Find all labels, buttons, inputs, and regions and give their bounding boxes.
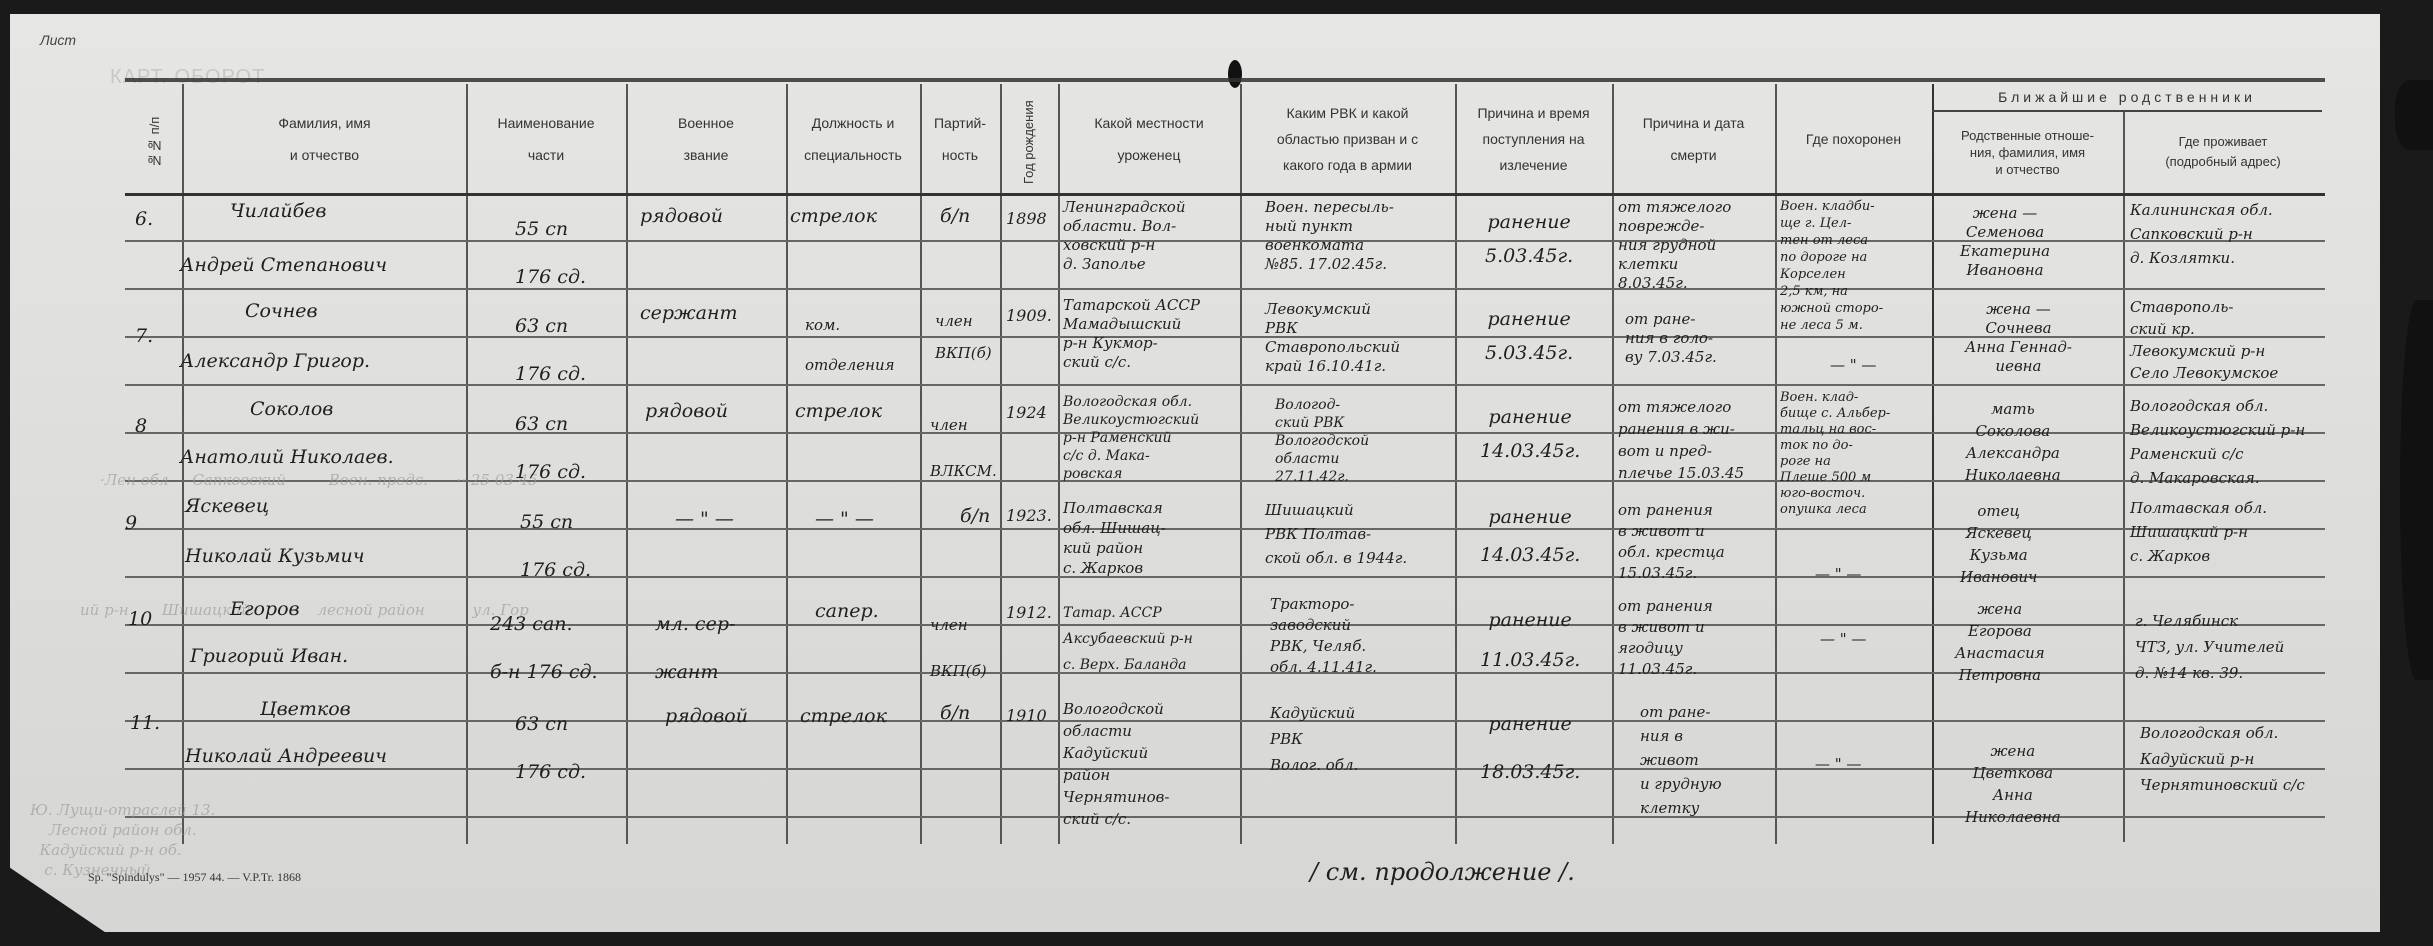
row-7-death: от ране- ния в голо- ву 7.03.45г. [1625, 310, 1717, 367]
row-9-unit: 55 сп 176 сд. [520, 498, 591, 594]
row-7-num: 7. [135, 325, 153, 347]
row-8-admission: ранение 14.03.45г. [1480, 400, 1580, 468]
row-10-relative: жена Егорова Анастасия Петровна [1955, 598, 2045, 686]
row-8-relative: мать Соколова Александра Николаевна [1965, 398, 2061, 486]
row-7-birthplace: Татарской АССР Мамадышский р-н Кукмор- с… [1063, 296, 1200, 372]
row-6-birthplace: Ленинградской области. Вол- ховский р-н … [1063, 198, 1186, 274]
row-6-death: от тяжелого поврежде- ния грудной клетки… [1618, 198, 1731, 293]
ink-blot [2395, 80, 2433, 150]
row-9-buried: — " — [1815, 565, 1861, 584]
header-birth-year: Год рождения [1004, 95, 1054, 190]
row-9-surname: Яскевец [185, 495, 269, 517]
row-9-address: Полтавская обл. Шишацкий р-н с. Жарков [2130, 496, 2267, 568]
row-7-surname: Сочнев [245, 300, 318, 322]
table-top-rule [125, 78, 2325, 82]
row-7-given: Александр Григор. [180, 350, 370, 372]
row-10-position: сапер. [815, 600, 879, 622]
row-7-birth-year: 1909. [1006, 305, 1052, 327]
header-bottom-rule [125, 193, 2325, 196]
header-group-relatives: Ближайшие родственники [1932, 84, 2322, 110]
corner-mark: Лист [40, 32, 76, 48]
header-name: Фамилия, имя и отчество [183, 86, 466, 192]
row-8-surname: Соколов [250, 398, 333, 420]
row-6-admission: ранение 5.03.45г. [1485, 205, 1573, 273]
row-10-birth-year: 1912. [1006, 602, 1052, 624]
row-8-position: стрелок [795, 400, 882, 422]
row-6-rank: рядовой [640, 205, 723, 227]
row-7-admission: ранение 5.03.45г. [1485, 302, 1573, 370]
col-divider [1058, 84, 1060, 844]
col-divider [466, 84, 468, 844]
row-8-birth-year: 1924 [1006, 402, 1047, 424]
row-7-rank: сержант [640, 302, 738, 324]
row-6-address: Калининская обл. Сапковский р-н д. Козля… [2130, 198, 2273, 270]
row-7-drafted: Левокумский РВК Ставропольский край 16.1… [1265, 300, 1400, 376]
row-9-birthplace: Полтавская обл. Шишац- кий район с. Жарк… [1063, 498, 1166, 578]
row-9-rank: — " — [675, 508, 734, 530]
row-7-relative: жена — Сочнева Анна Геннад- иевна [1965, 300, 2072, 376]
col-divider [2123, 112, 2125, 842]
row-11-buried: — " — [1815, 755, 1861, 774]
row-11-given: Николай Андреевич [185, 745, 387, 767]
row-9-death: от ранения в живот и обл. крестца 15.03.… [1618, 500, 1725, 584]
row-11-birthplace: Вологодской области Кадуйский район Черн… [1063, 698, 1169, 830]
row-6-drafted: Воен. пересыль- ный пункт военкомата №85… [1265, 198, 1394, 274]
header-party: Партий- ность [920, 86, 1000, 192]
bleed-through-text: ·Лен обл Сапковский Воен. предс. ·· 25 0… [100, 470, 538, 490]
header-num: №№ п/п [130, 95, 180, 190]
row-6-surname: Чилайбев [230, 200, 326, 222]
printer-imprint: Sp. "Spindulys" — 1957 44. — V.P.Tr. 186… [88, 870, 301, 885]
row-6-position: стрелок [790, 205, 877, 227]
row-line [125, 384, 2325, 386]
row-10-surname: Егоров [230, 598, 300, 620]
row-6-birth-year: 1898 [1006, 208, 1047, 230]
row-10-address: г. Челябинск ЧТЗ, ул. Учителей д. №14 кв… [2135, 608, 2284, 686]
row-7-position: ком. отделения [805, 305, 895, 385]
header-buried: Где похоронен [1775, 86, 1932, 192]
row-9-num: 9 [125, 512, 137, 534]
row-8-drafted: Вологод- ский РВК Вологодской области 27… [1275, 396, 1369, 486]
row-8-unit: 63 сп 176 сд. [515, 400, 586, 496]
row-8-given: Анатолий Николаев. [180, 446, 394, 468]
row-7-party: член ВКП(б) [935, 305, 992, 369]
row-6-unit: 55 сп 176 сд. [515, 205, 586, 301]
row-7-address: Ставрополь- ский кр. Левокумский р-н Сел… [2130, 296, 2278, 384]
row-11-position: стрелок [800, 705, 887, 727]
row-6-given: Андрей Степанович [180, 254, 387, 276]
row-10-drafted: Тракторо- заводский РВК, Челяб. обл. 4.1… [1270, 594, 1377, 678]
row-6-relative: жена — Семенова Екатерина Ивановна [1960, 204, 2050, 280]
row-8-party: член ВЛКСМ. [930, 402, 997, 494]
row-10-admission: ранение 11.03.45г. [1480, 600, 1580, 680]
header-drafted: Каким РВК и какой областью призван и с к… [1240, 86, 1455, 192]
row-8-rank: рядовой [645, 400, 728, 422]
row-9-drafted: Шишацкий РВК Полтав- ской обл. в 1944г. [1265, 498, 1407, 570]
row-8-address: Вологодская обл. Великоустюгский р-н Рам… [2130, 394, 2305, 490]
row-9-admission: ранение 14.03.45г. [1480, 498, 1580, 574]
row-10-rank: мл. сер- жант [655, 600, 735, 696]
header-rank: Военное звание [626, 86, 786, 192]
row-9-party: б/п [960, 505, 990, 527]
col-divider [786, 84, 788, 844]
row-10-birthplace: Татар. АССР Аксубаевский р-н с. Верх. Ба… [1063, 600, 1193, 678]
row-line [125, 720, 2325, 722]
row-11-rank: рядовой [665, 705, 748, 727]
row-10-buried: — " — [1820, 630, 1866, 649]
col-divider [920, 84, 922, 844]
row-9-position: — " — [815, 508, 874, 530]
row-7-buried: — " — [1830, 356, 1876, 375]
header-position: Должность и специальность [786, 86, 920, 192]
row-8-num: 8 [135, 415, 147, 437]
row-6-num: 6. [135, 208, 153, 230]
row-11-unit: 63 сп 176 сд. [515, 700, 586, 796]
row-8-death: от тяжелого ранения в жи- вот и пред- пл… [1618, 396, 1744, 484]
row-11-address: Вологодская обл. Кадуйский р-н Чернятино… [2140, 720, 2305, 798]
header-admission: Причина и время поступления на излечение [1455, 86, 1612, 192]
header-relative: Родственные отноше- ния, фамилия, имя и … [1932, 112, 2123, 192]
row-11-surname: Цветков [260, 698, 351, 720]
row-6-buried: Воен. кладби- ще г. Цел- тен от леса по … [1780, 198, 1883, 334]
row-line [125, 288, 2325, 290]
row-10-num: 10 [128, 608, 152, 630]
row-11-num: 11. [130, 712, 160, 734]
row-10-death: от ранения в живот и ягодицу 11.03.45г. [1618, 596, 1713, 680]
row-8-birthplace: Вологодская обл. Великоустюгский р-н Рам… [1063, 393, 1199, 483]
col-divider [1455, 84, 1457, 844]
row-9-relative: отец Яскевец Кузьма Иванович [1960, 500, 2037, 588]
col-divider [1612, 84, 1614, 844]
row-11-relative: жена Цветкова Анна Николаевна [1965, 740, 2061, 828]
row-6-party: б/п [940, 205, 970, 227]
row-10-party: член ВКП(б) [930, 602, 987, 694]
row-11-birth-year: 1910 [1006, 705, 1047, 727]
row-9-given: Николай Кузьмич [185, 545, 365, 567]
col-divider [1000, 84, 1002, 844]
col-divider [626, 84, 628, 844]
col-divider [1932, 84, 1934, 844]
row-11-admission: ранение 18.03.45г. [1480, 700, 1580, 796]
header-unit: Наименование части [466, 86, 626, 192]
col-divider [1775, 84, 1777, 844]
header-birthplace: Какой местности уроженец [1058, 86, 1240, 192]
row-10-given: Григорий Иван. [190, 645, 348, 667]
row-8-buried: Воен. клад- бище с. Альбер- тальц на вос… [1780, 390, 1890, 518]
bleed-through-text: Ю. Лущи-отраслей 13. Лесной район обл. К… [30, 800, 215, 880]
continuation-note: / см. продолжение /. [1310, 858, 1575, 886]
row-11-party: б/п [940, 702, 970, 724]
row-11-drafted: Кадуйский РВК Волог. обл. [1270, 700, 1358, 778]
header-address: Где проживает (подробный адрес) [2123, 112, 2323, 192]
row-9-birth-year: 1923. [1006, 505, 1052, 527]
col-divider [1240, 84, 1242, 844]
row-7-unit: 63 сп 176 сд. [515, 302, 586, 398]
header-death: Причина и дата смерти [1612, 86, 1775, 192]
ink-blot [2400, 300, 2433, 680]
row-11-death: от ране- ния в живот и грудную клетку [1640, 700, 1722, 820]
row-10-unit: 243 сап. б-н 176 сд. [490, 600, 598, 696]
